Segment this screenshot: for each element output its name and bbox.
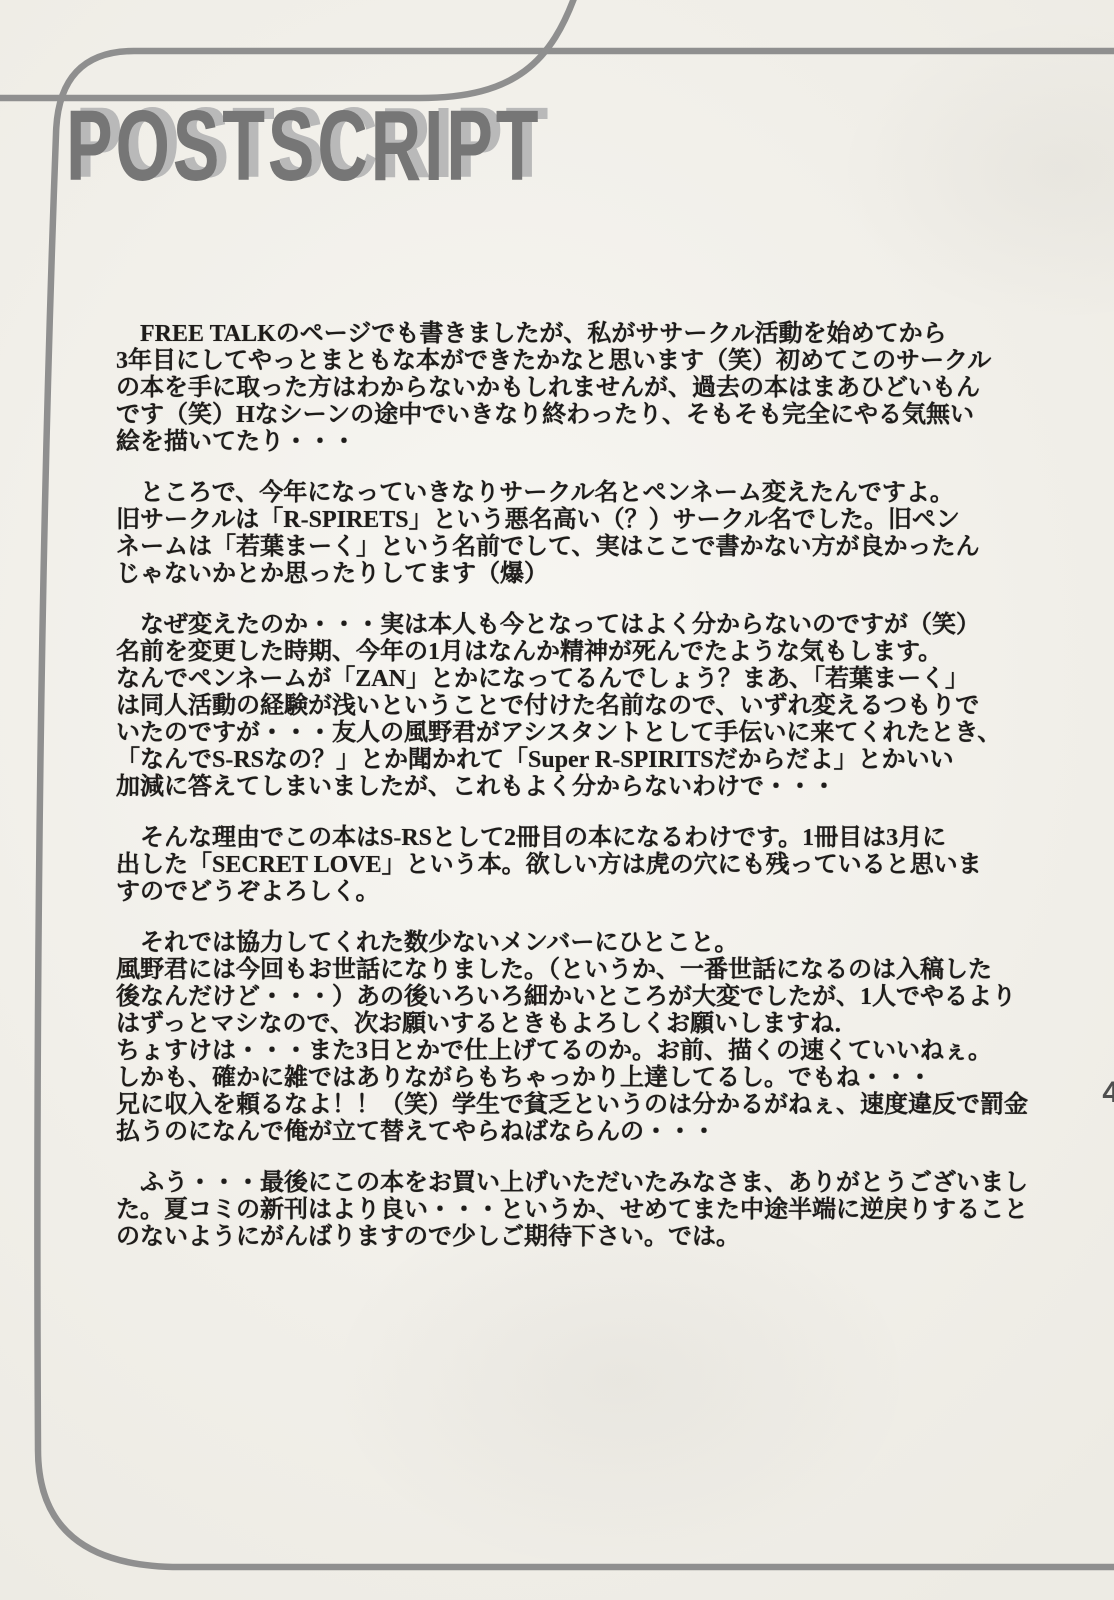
postscript-title: POSTSCRIPT	[66, 96, 541, 196]
page-number: 4	[1102, 1076, 1114, 1110]
postscript-paragraph-4: そんな理由でこの本はS-RSとして2冊目の本になるわけです。1冊目は3月に 出し…	[116, 825, 1056, 906]
postscript-paragraph-1: FREE TALKのページでも書きましたが、私がササークル活動を始めてから 3年…	[116, 321, 1056, 456]
postscript-paragraph-2: ところで、今年になっていきなりサークル名とペンネーム変えたんですよ。 旧サークル…	[116, 480, 1056, 588]
postscript-paragraph-3: なぜ変えたのか・・・実は本人も今となってはよく分からないのですが（笑） 名前を変…	[116, 612, 1056, 801]
postscript-paragraph-5: それでは協力してくれた数少ないメンバーにひとこと。 風野君には今回もお世話になり…	[116, 930, 1056, 1146]
postscript-paragraph-6: ふう・・・最後にこの本をお買い上げいただいたみなさま、ありがとうございまし た。…	[116, 1170, 1056, 1251]
postscript-page: POSTSCRIPT FREE TALKのページでも書きましたが、私がササークル…	[0, 0, 1114, 1600]
postscript-text: FREE TALKのページでも書きましたが、私がササークル活動を始めてから 3年…	[116, 321, 1056, 1275]
